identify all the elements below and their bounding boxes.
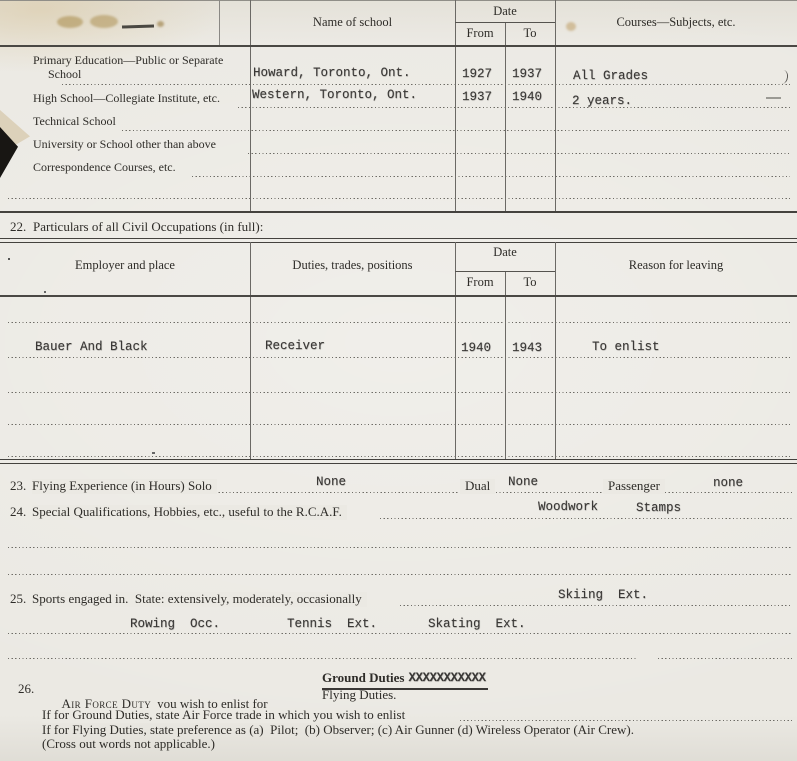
- dotted-rule: [380, 518, 792, 519]
- dotted-rule: [8, 547, 792, 548]
- typed-hobby-1: Woodwork: [538, 501, 598, 515]
- dotted-rule: [248, 153, 790, 154]
- section-number: 23.: [10, 479, 26, 494]
- section-label: Flying Experience (in Hours) Solo: [32, 479, 217, 494]
- typed-school-name: Howard, Toronto, Ont.: [253, 67, 411, 81]
- typed-courses: 2 years.: [572, 95, 632, 109]
- typed-sport-4: Skating Ext.: [428, 618, 526, 632]
- dual-label: Dual: [460, 479, 495, 494]
- dotted-rule: [8, 424, 790, 425]
- typed-passenger-hours: none: [713, 477, 743, 491]
- dotted-rule: [8, 633, 792, 634]
- overstrike-x-marks: XXXXXXXXXXX: [408, 671, 485, 685]
- typed-date-to: 1943: [512, 342, 542, 356]
- table-line: [250, 242, 251, 460]
- scanned-form-page: Name of school Date From To Courses—Subj…: [0, 0, 797, 761]
- column-header-reason: Reason for leaving: [555, 258, 797, 272]
- dotted-rule: [192, 176, 790, 177]
- column-header-from: From: [455, 275, 505, 289]
- dotted-rule: [8, 456, 790, 457]
- pen-dash-mark: [766, 97, 781, 99]
- dotted-rule: [238, 107, 790, 108]
- typed-sport-2: Rowing Occ.: [130, 618, 220, 632]
- typed-reason: To enlist: [592, 341, 660, 355]
- section-number: 26.: [18, 682, 34, 697]
- row-label-technical-school: Technical School: [33, 115, 116, 128]
- typed-duties: Receiver: [265, 340, 325, 354]
- double-rule: [0, 238, 797, 243]
- typed-dual-hours: None: [508, 476, 538, 490]
- column-header-duties: Duties, trades, positions: [250, 258, 455, 272]
- table-line: [455, 22, 555, 23]
- dotted-rule: [400, 605, 792, 606]
- column-header-name-of-school: Name of school: [250, 15, 455, 29]
- section-label: Sports engaged in. State: extensively, m…: [32, 592, 367, 607]
- passenger-label: Passenger: [603, 479, 665, 494]
- row-label-primary-education-line2: School: [48, 68, 81, 81]
- typed-school-name: Western, Toronto, Ont.: [252, 89, 417, 103]
- typed-date-from: 1937: [462, 91, 492, 105]
- note-cross-out: (Cross out words not applicable.): [42, 737, 215, 752]
- dotted-rule: [8, 322, 790, 323]
- table-line: [0, 295, 797, 297]
- dotted-rule: [8, 574, 792, 575]
- double-rule: [0, 459, 797, 464]
- pen-dash-mark: [122, 24, 154, 28]
- section-label: Special Qualifications, Hobbies, etc., u…: [32, 505, 347, 520]
- section-number: 22.: [10, 220, 26, 235]
- table-line: [505, 271, 506, 460]
- typed-date-to: 1940: [512, 91, 542, 105]
- section-title: Particulars of all Civil Occupations (in…: [33, 220, 263, 235]
- row-label-primary-education: Primary Education—Public or Separate: [33, 54, 223, 67]
- typed-employer: Bauer And Black: [35, 341, 148, 355]
- duty-answer: Flying Duties.: [322, 688, 396, 703]
- dotted-rule: [8, 198, 790, 199]
- column-header-courses: Courses—Subjects, etc.: [555, 15, 797, 29]
- stain-dot: [157, 21, 164, 27]
- stamp-stain: [57, 16, 83, 28]
- table-line: [0, 211, 797, 213]
- table-line: [0, 45, 797, 47]
- column-header-to: To: [505, 26, 555, 40]
- row-label-correspondence: Correspondence Courses, etc.: [33, 161, 176, 174]
- typed-sport-3: Tennis Ext.: [287, 618, 377, 632]
- typed-date-from: 1940: [461, 342, 491, 356]
- typed-hobby-2: Stamps: [636, 502, 681, 516]
- section-number: 24.: [10, 505, 26, 520]
- column-header-to: To: [505, 275, 555, 289]
- dotted-rule: [658, 658, 792, 659]
- dotted-rule: [8, 658, 638, 659]
- dotted-rule: [8, 392, 790, 393]
- stamp-stain: [90, 15, 118, 28]
- table-line: [555, 0, 556, 212]
- speck: [44, 291, 46, 293]
- dotted-rule: [62, 84, 790, 85]
- column-header-from: From: [455, 26, 505, 40]
- row-label-high-school: High School—Collegiate Institute, etc.: [33, 92, 220, 105]
- column-header-date: Date: [455, 245, 555, 259]
- column-header-employer: Employer and place: [0, 258, 250, 272]
- pen-curve-mark: [778, 69, 789, 84]
- typed-date-to: 1937: [512, 68, 542, 82]
- column-header-date: Date: [455, 4, 555, 18]
- note-ground-duties: If for Ground Duties, state Air Force tr…: [42, 708, 410, 723]
- typed-sport-1: Skiing Ext.: [558, 589, 648, 603]
- typed-solo-hours: None: [316, 476, 346, 490]
- row-label-university: University or School other than above: [33, 138, 216, 151]
- table-line: [505, 22, 506, 212]
- table-line: [219, 0, 220, 45]
- typed-courses: All Grades: [573, 70, 648, 84]
- typed-date-from: 1927: [462, 68, 492, 82]
- section-number: 25.: [10, 592, 26, 607]
- dotted-rule: [215, 492, 792, 493]
- table-line: [0, 0, 797, 1]
- table-line: [250, 0, 251, 212]
- table-line: [555, 242, 556, 460]
- speck: [152, 452, 155, 454]
- dotted-rule: [122, 130, 790, 131]
- table-line: [455, 271, 555, 272]
- crossed-out-text: Ground Duties: [322, 670, 404, 685]
- dotted-rule: [8, 357, 790, 358]
